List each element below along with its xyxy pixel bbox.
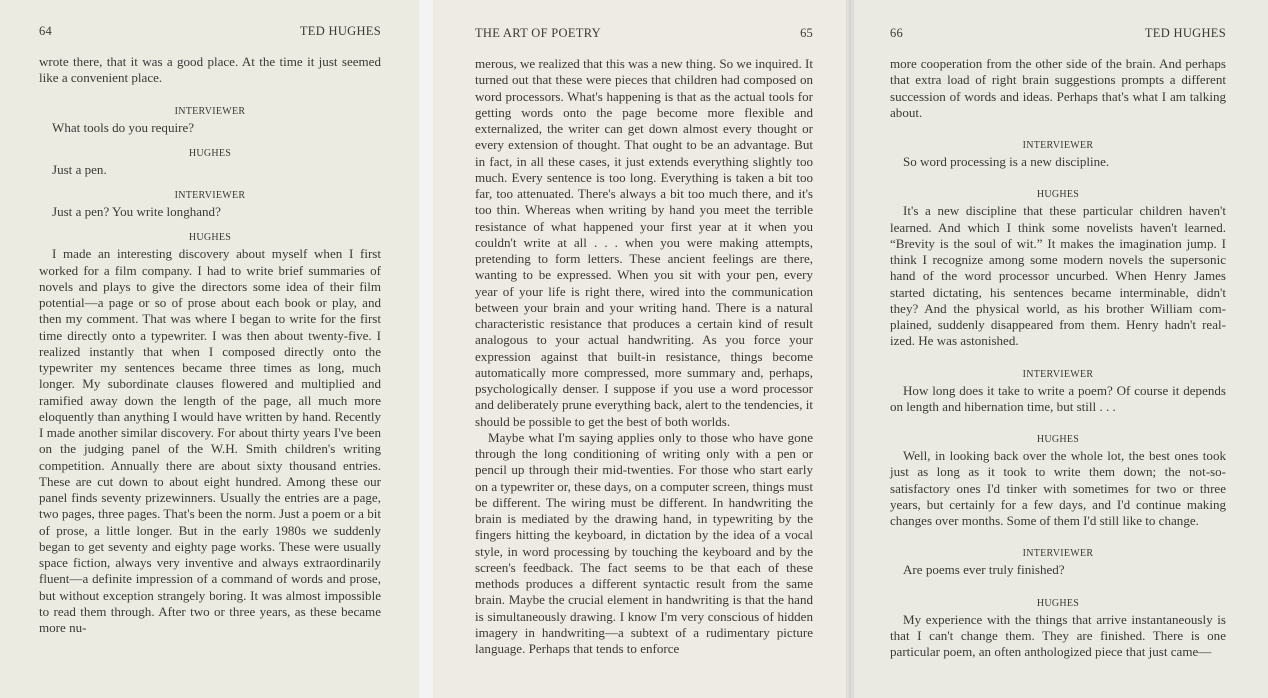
page-body: merous, we realized that this was a new … <box>475 56 813 657</box>
paragraph: Are poems ever truly finished? <box>890 562 1226 578</box>
speaker-label: INTERVIEWER <box>890 367 1226 383</box>
paragraph: Maybe what I'm saying applies only to th… <box>475 430 813 658</box>
running-head-title: TED HUGHES <box>1145 26 1226 41</box>
running-head: THE ART OF POETRY 65 <box>475 26 813 46</box>
paragraph: I made an interesting discovery about my… <box>39 246 381 636</box>
page-66: 66 TED HUGHES more cooperation from the … <box>854 0 1268 698</box>
speaker-label: HUGHES <box>890 187 1226 203</box>
page-body: more cooperation from the other side of … <box>890 56 1226 660</box>
paragraph: more cooperation from the other side of … <box>890 56 1226 121</box>
text-column: THE ART OF POETRY 65 merous, we realized… <box>475 26 813 657</box>
paragraph: How long does it take to write a poem? O… <box>890 383 1226 416</box>
page-number: 66 <box>890 26 903 41</box>
speaker-label: HUGHES <box>890 596 1226 612</box>
running-head-title: THE ART OF POETRY <box>475 26 601 41</box>
page-number: 65 <box>800 26 813 41</box>
page-gutter <box>419 0 433 698</box>
paragraph: Well, in looking back over the whole lot… <box>890 448 1226 529</box>
paragraph: wrote there, that it was a good place. A… <box>39 54 381 87</box>
page-65: THE ART OF POETRY 65 merous, we realized… <box>433 0 846 698</box>
paragraph: Just a pen? You write longhand? <box>39 204 381 220</box>
speaker-label: HUGHES <box>39 146 381 162</box>
speaker-label: INTERVIEWER <box>39 104 381 120</box>
speaker-label: HUGHES <box>890 432 1226 448</box>
paragraph: My experience with the things that arriv… <box>890 612 1226 661</box>
page-gutter <box>846 0 854 698</box>
page-number: 64 <box>39 24 52 39</box>
paragraph: What tools do you require? <box>39 120 381 136</box>
paragraph: Just a pen. <box>39 162 381 178</box>
speaker-label: INTERVIEWER <box>890 546 1226 562</box>
page-body: wrote there, that it was a good place. A… <box>39 54 381 636</box>
page-64: 64 TED HUGHES wrote there, that it was a… <box>0 0 419 698</box>
speaker-label: INTERVIEWER <box>39 188 381 204</box>
text-column: 66 TED HUGHES more cooperation from the … <box>890 26 1226 660</box>
text-column: 64 TED HUGHES wrote there, that it was a… <box>39 24 381 636</box>
paragraph: It's a new discipline that these particu… <box>890 203 1226 349</box>
speaker-label: INTERVIEWER <box>890 138 1226 154</box>
running-head: 64 TED HUGHES <box>39 24 381 44</box>
running-head-title: TED HUGHES <box>300 24 381 39</box>
running-head: 66 TED HUGHES <box>890 26 1226 46</box>
paragraph: So word processing is a new discipline. <box>890 154 1226 170</box>
speaker-label: HUGHES <box>39 230 381 246</box>
paragraph: merous, we realized that this was a new … <box>475 56 813 430</box>
